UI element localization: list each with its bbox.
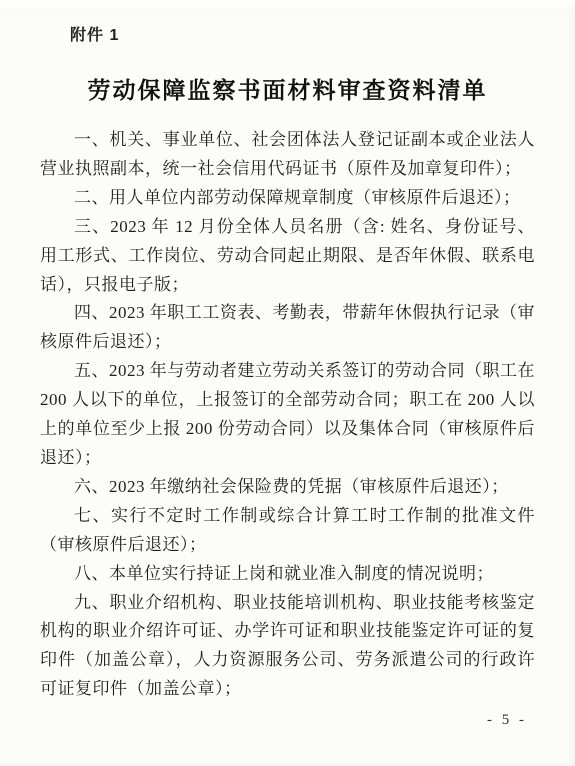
document-paragraph-1: 一、机关、事业单位、社会团体法人登记证副本或企业法人营业执照副本，统一社会信用代…	[40, 126, 535, 184]
document-paragraph-2: 二、用人单位内部劳动保障规章制度（审核原件后退还）；	[40, 184, 535, 213]
page-number: - 5 -	[487, 712, 527, 729]
document-paragraph-5: 五、2023 年与劳动者建立劳动关系签订的劳动合同（职工在 200 人以下的单位…	[40, 357, 535, 473]
scan-edge-artifact	[0, 0, 575, 11]
document-paragraph-3: 三、2023 年 12 月份全体人员名册（含: 姓名、身份证号、用工形式、工作岗…	[40, 213, 535, 300]
document-paragraph-4: 四、2023 年职工工资表、考勤表，带薪年休假执行记录（审核原件后退还）；	[40, 299, 535, 357]
attachment-label: 附件 1	[70, 22, 119, 45]
document-paragraph-8: 八、本单位实行持证上岗和就业准入制度的情况说明；	[40, 560, 535, 589]
document-body: 一、机关、事业单位、社会团体法人登记证副本或企业法人营业执照副本，统一社会信用代…	[40, 126, 535, 704]
scanned-document-page: 附件 1 劳动保障监察书面材料审查资料清单 一、机关、事业单位、社会团体法人登记…	[0, 0, 575, 766]
document-title: 劳动保障监察书面材料审查资料清单	[0, 72, 575, 105]
document-paragraph-7: 七、实行不定时工作制或综合计算工时工作制的批准文件（审核原件后退还）；	[40, 502, 535, 560]
document-paragraph-9: 九、职业介绍机构、职业技能培训机构、职业技能考核鉴定机构的职业介绍许可证、办学许…	[40, 589, 535, 705]
document-paragraph-6: 六、2023 年缴纳社会保险费的凭据（审核原件后退还）；	[40, 473, 535, 502]
